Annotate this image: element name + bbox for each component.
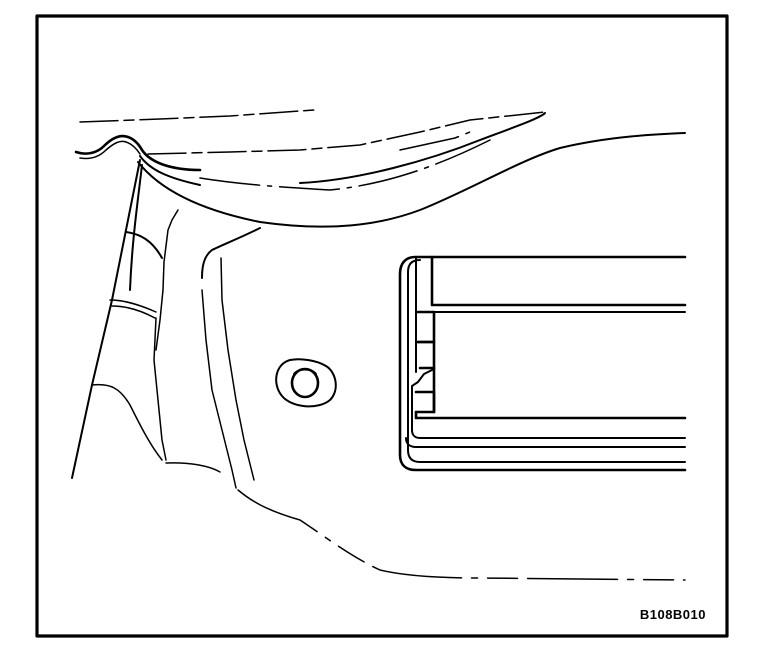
technical-illustration	[0, 0, 768, 660]
rectangular-housing	[400, 257, 685, 470]
upper-contour-lines	[80, 110, 545, 190]
flange-hook	[76, 136, 200, 185]
fastener	[276, 359, 336, 406]
inner-panel-edge	[202, 228, 685, 580]
figure-label: B108B010	[640, 607, 706, 622]
figure-frame	[37, 16, 727, 636]
pillar	[72, 160, 220, 478]
